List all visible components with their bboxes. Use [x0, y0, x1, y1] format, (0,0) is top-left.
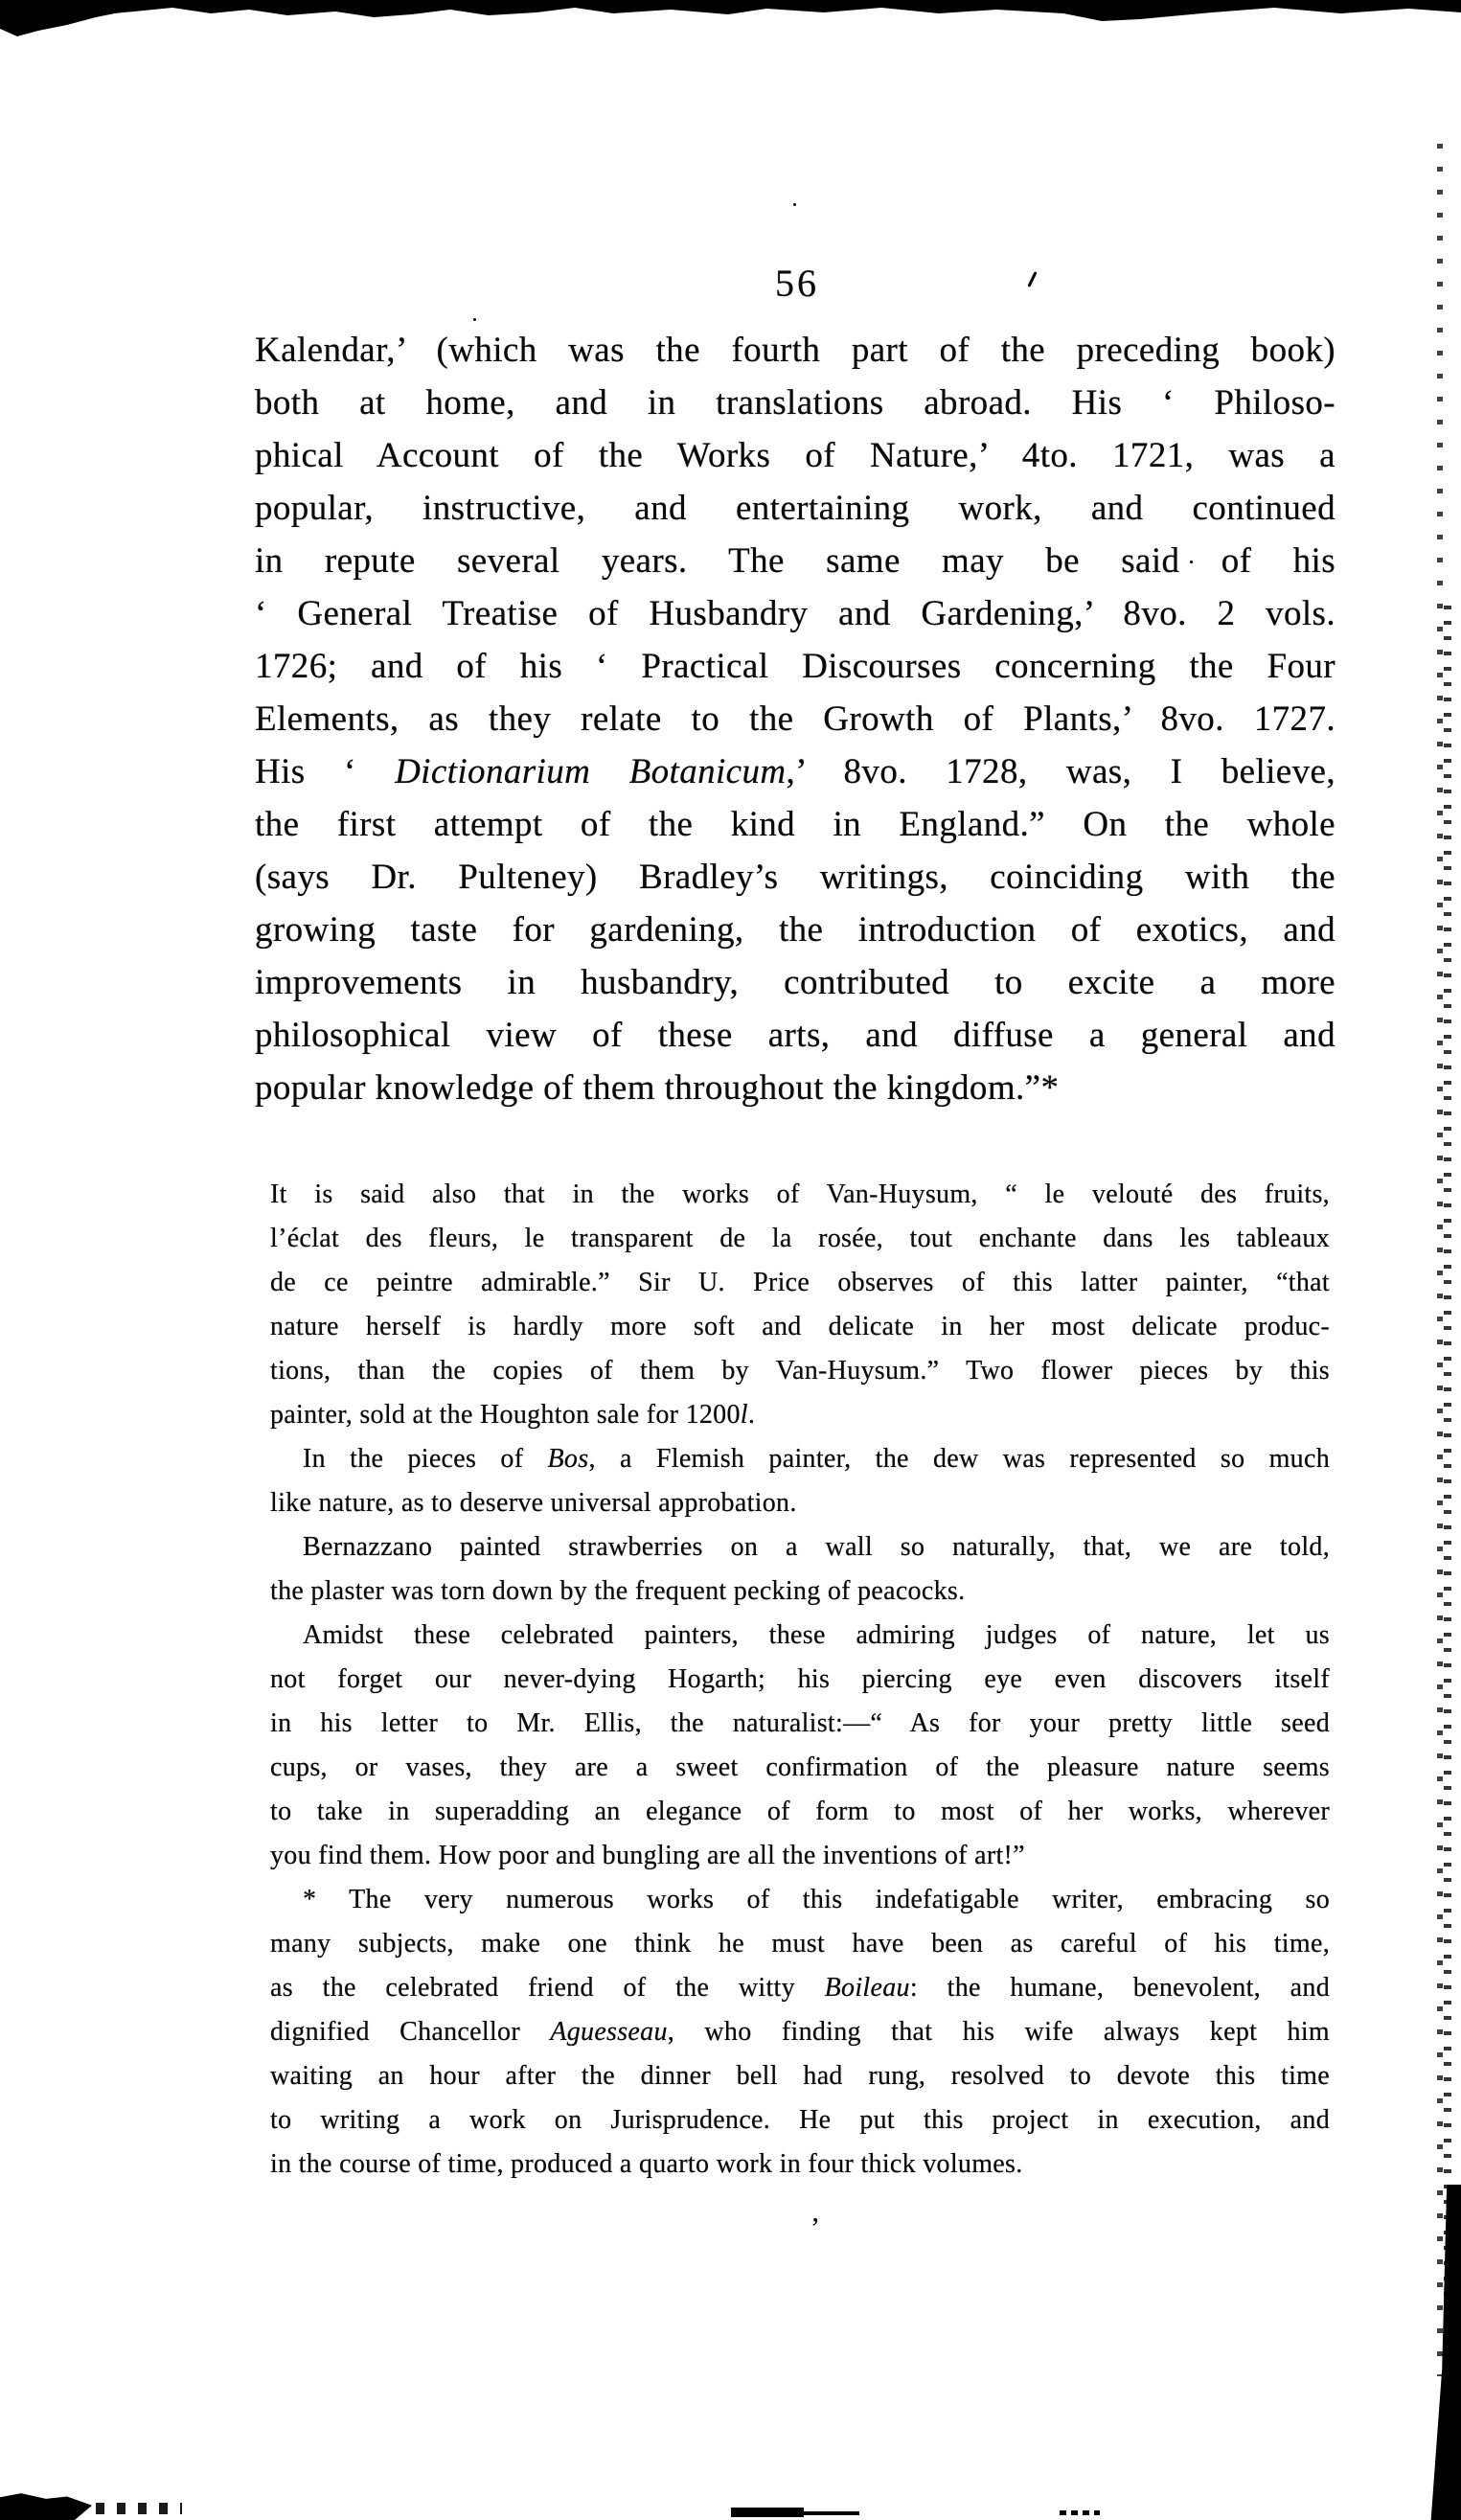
text-segment: Kalendar,’ (which was the fourth part of… — [255, 331, 1335, 370]
right-scan-noise — [1437, 144, 1443, 2376]
text-segment: Elements, as they relate to the Growth o… — [255, 699, 1335, 739]
text-line: as the celebrated friend of the witty Bo… — [270, 1966, 1330, 2010]
text-line: 1726; and of his ‘ Practical Discourses … — [255, 640, 1335, 693]
text-segment: * The very numerous works of this indefa… — [303, 1885, 1330, 1914]
text-line: (says Dr. Pulteney) Bradley’s writings, … — [255, 851, 1335, 904]
text-segment: in repute several years. The same may be… — [255, 541, 1335, 581]
footnote-paragraph: In the pieces of Bos, a Flemish painter,… — [270, 1437, 1330, 1525]
text-segment: the plaster was torn down by the frequen… — [270, 1576, 965, 1606]
text-segment: 1726; and of his ‘ Practical Discourses … — [255, 647, 1335, 686]
text-segment: improvements in husbandry, contributed t… — [255, 963, 1335, 1002]
scan-speck — [793, 203, 796, 206]
footnote-paragraph: Amidst these celebrated painters, these … — [270, 1614, 1330, 1878]
text-segment: in his letter to Mr. Ellis, the naturali… — [270, 1708, 1330, 1738]
footnote-paragraph: It is said also that in the works of Van… — [270, 1173, 1330, 1437]
scan-speck — [473, 318, 476, 321]
text-segment: de ce peintre admirable.” Sir U. Price o… — [270, 1268, 1330, 1297]
text-segment: painter, sold at the Houghton sale for 1… — [270, 1400, 741, 1430]
footnote-paragraph: * The very numerous works of this indefa… — [270, 1878, 1330, 2187]
text-segment: like nature, as to deserve universal app… — [270, 1488, 797, 1518]
right-scan-noise — [1444, 594, 1451, 2415]
text-line: not forget our never-dying Hogarth; his … — [270, 1658, 1330, 1702]
text-segment: not forget our never-dying Hogarth; his … — [270, 1664, 1330, 1694]
text-segment: (says Dr. Pulteney) Bradley’s writings, … — [255, 858, 1335, 897]
text-line: the plaster was torn down by the frequen… — [270, 1569, 1330, 1614]
footnote-paragraph: Bernazzano painted strawberries on a wal… — [270, 1525, 1330, 1614]
text-segment: popular, instructive, and entertaining w… — [255, 489, 1335, 528]
text-segment: the first attempt of the kind in England… — [255, 805, 1335, 844]
text-line: Kalendar,’ (which was the fourth part of… — [255, 324, 1335, 377]
text-segment: In the pieces of — [303, 1444, 548, 1474]
text-line: in the course of time, produced a quarto… — [270, 2142, 1330, 2187]
text-line: painter, sold at the Houghton sale for 1… — [270, 1393, 1330, 1437]
text-segment: cups, or vases, they are a sweet confirm… — [270, 1753, 1330, 1782]
text-segment: philosophical view of these arts, and di… — [255, 1016, 1335, 1055]
text-segment: both at home, and in translations abroad… — [255, 383, 1335, 423]
bottom-scan-bar — [731, 2508, 804, 2517]
text-line: dignified Chancellor Aguesseau, who find… — [270, 2010, 1330, 2054]
text-line: to writing a work on Jurisprudence. He p… — [270, 2098, 1330, 2142]
top-scan-edge — [0, 0, 1461, 23]
text-segment: you find them. How poor and bungling are… — [270, 1841, 1025, 1870]
text-line: tions, than the copies of them by Van-Hu… — [270, 1349, 1330, 1393]
scan-speck — [96, 2503, 182, 2514]
text-line: waiting an hour after the dinner bell ha… — [270, 2054, 1330, 2098]
scanned-book-page: ‚ 56 Kalendar,’ (which was the fourth pa… — [0, 0, 1461, 2520]
page-number: 56 — [257, 261, 1337, 306]
text-segment: : the humane, benevolent, and — [910, 1973, 1330, 2003]
bottom-scan-line — [804, 2511, 859, 2515]
text-line: His ‘ Dictionarium Botanicum,’ 8vo. 1728… — [255, 745, 1335, 798]
text-line: phical Account of the Works of Nature,’ … — [255, 429, 1335, 482]
text-segment: popular knowledge of them throughout the… — [255, 1068, 1059, 1108]
text-line: both at home, and in translations abroad… — [255, 377, 1335, 429]
text-segment: to writing a work on Jurisprudence. He p… — [270, 2105, 1330, 2135]
italic-text: Boileau — [825, 1973, 910, 2003]
text-line: to take in superadding an elegance of fo… — [270, 1790, 1330, 1834]
text-line: philosophical view of these arts, and di… — [255, 1009, 1335, 1062]
text-segment: tions, than the copies of them by Van-Hu… — [270, 1356, 1330, 1386]
text-segment: as the celebrated friend of the witty — [270, 1973, 825, 2003]
text-line: Elements, as they relate to the Growth o… — [255, 693, 1335, 745]
top-left-scan-blob — [0, 0, 125, 36]
text-line: popular knowledge of them throughout the… — [255, 1062, 1335, 1114]
text-line: in his letter to Mr. Ellis, the naturali… — [270, 1702, 1330, 1746]
text-line: Amidst these celebrated painters, these … — [270, 1614, 1330, 1658]
footnotes: It is said also that in the works of Van… — [270, 1173, 1330, 2187]
bottom-scan-dashes — [1060, 2510, 1100, 2515]
text-segment: ,’ 8vo. 1728, was, I believe, — [787, 752, 1335, 791]
text-line: l’éclat des fleurs, le transparent de la… — [270, 1217, 1330, 1261]
text-line: * The very numerous works of this indefa… — [270, 1878, 1330, 1922]
text-segment: Amidst these celebrated painters, these … — [303, 1620, 1330, 1650]
text-segment: growing taste for gardening, the introdu… — [255, 910, 1335, 950]
italic-text: l — [741, 1400, 748, 1430]
bottom-left-scan-blob — [0, 2487, 92, 2520]
text-segment: to take in superadding an elegance of fo… — [270, 1797, 1330, 1826]
text-line: you find them. How poor and bungling are… — [270, 1834, 1330, 1878]
main-paragraph: Kalendar,’ (which was the fourth part of… — [255, 324, 1335, 1114]
italic-text: Aguesseau — [550, 2017, 667, 2047]
text-segment: , who finding that his wife always kept … — [668, 2017, 1330, 2047]
text-segment: nature herself is hardly more soft and d… — [270, 1312, 1330, 1341]
italic-text: Bos — [548, 1444, 589, 1474]
text-segment: . — [748, 1400, 755, 1430]
text-segment: It is said also that in the works of Van… — [270, 1180, 1330, 1209]
text-segment: l’éclat des fleurs, le transparent de la… — [270, 1224, 1330, 1253]
text-segment: Bernazzano painted strawberries on a wal… — [303, 1532, 1330, 1562]
text-segment: many subjects, make one think he must ha… — [270, 1929, 1330, 1959]
text-segment: ‘ General Treatise of Husbandry and Gard… — [255, 594, 1335, 633]
text-line: the first attempt of the kind in England… — [255, 798, 1335, 851]
text-segment: in the course of time, produced a quarto… — [270, 2149, 1023, 2179]
text-line: improvements in husbandry, contributed t… — [255, 956, 1335, 1009]
italic-text: Dictionarium Botanicum — [395, 752, 786, 791]
text-segment: waiting an hour after the dinner bell ha… — [270, 2061, 1330, 2091]
text-line: ‘ General Treatise of Husbandry and Gard… — [255, 587, 1335, 640]
text-line: In the pieces of Bos, a Flemish painter,… — [270, 1437, 1330, 1481]
caret-mark: ‚ — [810, 2196, 820, 2229]
text-line: popular, instructive, and entertaining w… — [255, 482, 1335, 535]
text-segment: His ‘ — [255, 752, 395, 791]
text-line: nature herself is hardly more soft and d… — [270, 1305, 1330, 1349]
text-line: like nature, as to deserve universal app… — [270, 1481, 1330, 1525]
text-line: Bernazzano painted strawberries on a wal… — [270, 1525, 1330, 1569]
text-line: de ce peintre admirable.” Sir U. Price o… — [270, 1261, 1330, 1305]
text-segment: phical Account of the Works of Nature,’ … — [255, 436, 1335, 475]
text-segment: , a Flemish painter, the dew was represe… — [588, 1444, 1330, 1474]
text-line: cups, or vases, they are a sweet confirm… — [270, 1746, 1330, 1790]
text-segment: dignified Chancellor — [270, 2017, 550, 2047]
text-line: in repute several years. The same may be… — [255, 535, 1335, 587]
text-line: It is said also that in the works of Van… — [270, 1173, 1330, 1217]
text-line: many subjects, make one think he must ha… — [270, 1922, 1330, 1966]
text-line: growing taste for gardening, the introdu… — [255, 904, 1335, 956]
